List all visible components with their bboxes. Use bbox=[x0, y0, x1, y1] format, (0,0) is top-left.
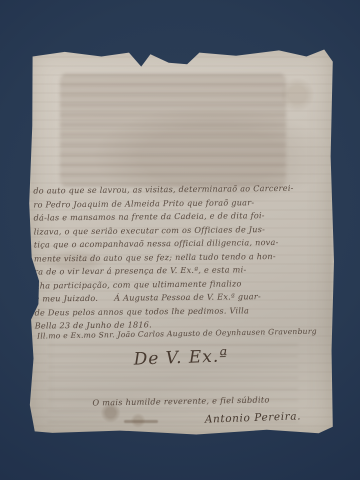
body-line-end: e meu Juizado. bbox=[34, 292, 98, 306]
signature-flourish-mark bbox=[124, 420, 158, 423]
photo-background: do auto que se lavrou, as visitas, deter… bbox=[0, 0, 360, 480]
ink-bleedthrough-upper bbox=[60, 74, 286, 186]
closing-line: Á Augusta Pessoa de V. Ex.ª guar- bbox=[114, 290, 261, 305]
letter-body: do auto que se lavrou, as visitas, deter… bbox=[33, 181, 327, 333]
manuscript-page: do auto que se lavrou, as visitas, deter… bbox=[28, 48, 334, 436]
